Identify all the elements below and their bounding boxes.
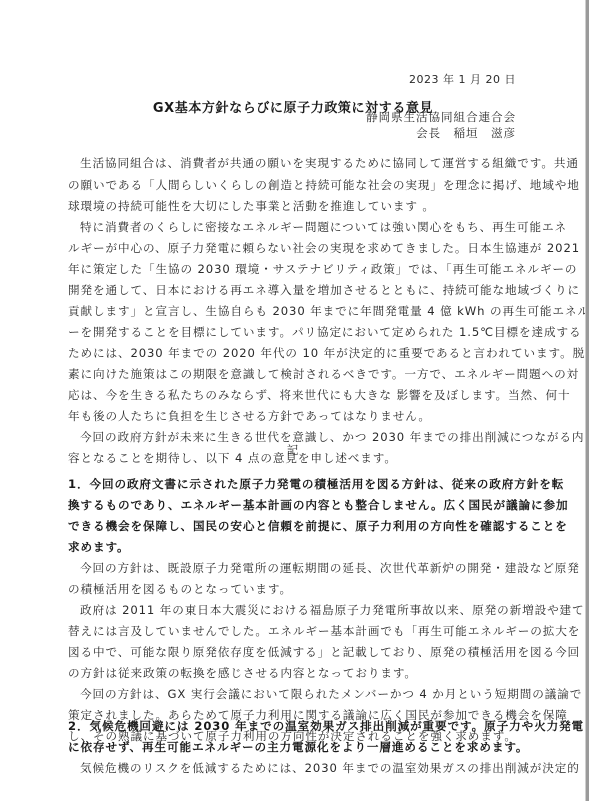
intro-line: 開発を通して、日本における再エネ導入量を増加させるとともに、持続可能な地域づくり… (68, 283, 516, 297)
document-date: 2023 年 1 月 20 日 (68, 73, 516, 87)
intro-line: の願いである「人間らしいくらしの創造と持続可能な社会の実現」を理念に掲げ、地域や… (68, 178, 516, 192)
section-1-body-line: 今回の方針は、既設原子力発電所の運転期間の延長、次世代革新炉の開発・建設など原発 (68, 561, 516, 575)
page-edge-scrollbar (585, 0, 589, 801)
intro-line: 応は、今を生きる私たちのみならず、将来世代にも大きな 影響を及ぼします。当然、何… (68, 388, 516, 402)
section-1-body-line: の方針は従来政策の転換を感じさせる内容となっております。 (68, 666, 516, 680)
organization-name: 静岡県生活協同組合連合会 (68, 110, 516, 124)
document-page: 2023 年 1 月 20 日 GX基本方針ならびに原子力政策に対する意見 静岡… (0, 0, 586, 801)
section-1-body-line: の積極活用を図るものとなっています。 (68, 582, 516, 596)
section-1-body-line: 政府は 2011 年の東日本大震災における福島原子力発電所事故以来、原発の新増設… (68, 603, 516, 617)
section-2-heading-line: 2．気候危機回避には 2030 年までの温室効果ガス排出削減が重要です。原子力や… (68, 719, 516, 733)
section-1-heading-line: 1．今回の政府文書に示された原子力発電の積極活用を図る方針は、従来の政府方針を転 (68, 477, 516, 491)
section-1-heading-line: 換するものであり、エネルギー基本計画の内容とも整合しません。広く国民が議論に参加 (68, 498, 516, 512)
section-1-body-line: 今回の方針は、GX 実行会議において限られたメンバーかつ 4 か月という短期間の… (68, 687, 516, 701)
signatory-name: 会長 稲垣 滋彦 (68, 126, 516, 140)
section-2-heading-line: に依存せず、再生可能エネルギーの主力電源化をより一層進めることを求めます。 (68, 740, 516, 754)
intro-line: ルギーが中心の、原子力発電に頼らない社会の実現を求めてきました。日本生協連が 2… (68, 241, 516, 255)
intro-line: 年も後の人たちに負担を生じさせる方針であってはなりません。 (68, 409, 516, 423)
intro-line: 年に策定した「生協の 2030 環境・サステナビリティ政策」では、「再生可能エネ… (68, 262, 516, 276)
intro-line: 貢献します」と宣言し、生協自らも 2030 年までに年間発電量 4 億 kWh … (68, 304, 516, 318)
intro-line: ためには、2030 年までの 2020 年代の 10 年が決定的に重要であると言… (68, 346, 516, 360)
intro-line: 今回の政府方針が未来に生きる世代を意識し、かつ 2030 年までの排出削減につな… (68, 430, 516, 444)
section-1-heading-line: 求めます。 (68, 540, 516, 554)
ki-mark: 記 (0, 443, 586, 457)
intro-line: ーを開発することを目標にしています。パリ協定において定められた 1.5℃目標を達… (68, 325, 516, 339)
intro-line: 生活協同組合は、消費者が共通の願いを実現するために協同して運営する組織です。共通 (68, 156, 516, 170)
section-1-body-line: 替えには言及していませんでした。エネルギー基本計画でも「再生可能エネルギーの拡大… (68, 624, 516, 638)
section-1-body-line: 図る中で、可能な限り原発依存度を低減する」と記載しており、原発の積極活用を図る今… (68, 645, 516, 659)
section-2-body-line: 気候危機のリスクを低減するためには、2030 年までの温室効果ガスの排出削減が決… (68, 761, 516, 775)
section-1-heading-line: できる機会を保障し、国民の安心と信頼を前提に、原子力利用の方向性を確認することを (68, 519, 516, 533)
intro-line: 球環境の持続可能性を大切にした事業と活動を推進しています 。 (68, 199, 516, 213)
intro-line: 特に消費者のくらしに密接なエネルギー問題については強い関心をもち、再生可能エネ (68, 220, 516, 234)
intro-line: 素に向けた施策はこの期限を意識して検討されるべきです。一方で、エネルギー問題への… (68, 367, 516, 381)
